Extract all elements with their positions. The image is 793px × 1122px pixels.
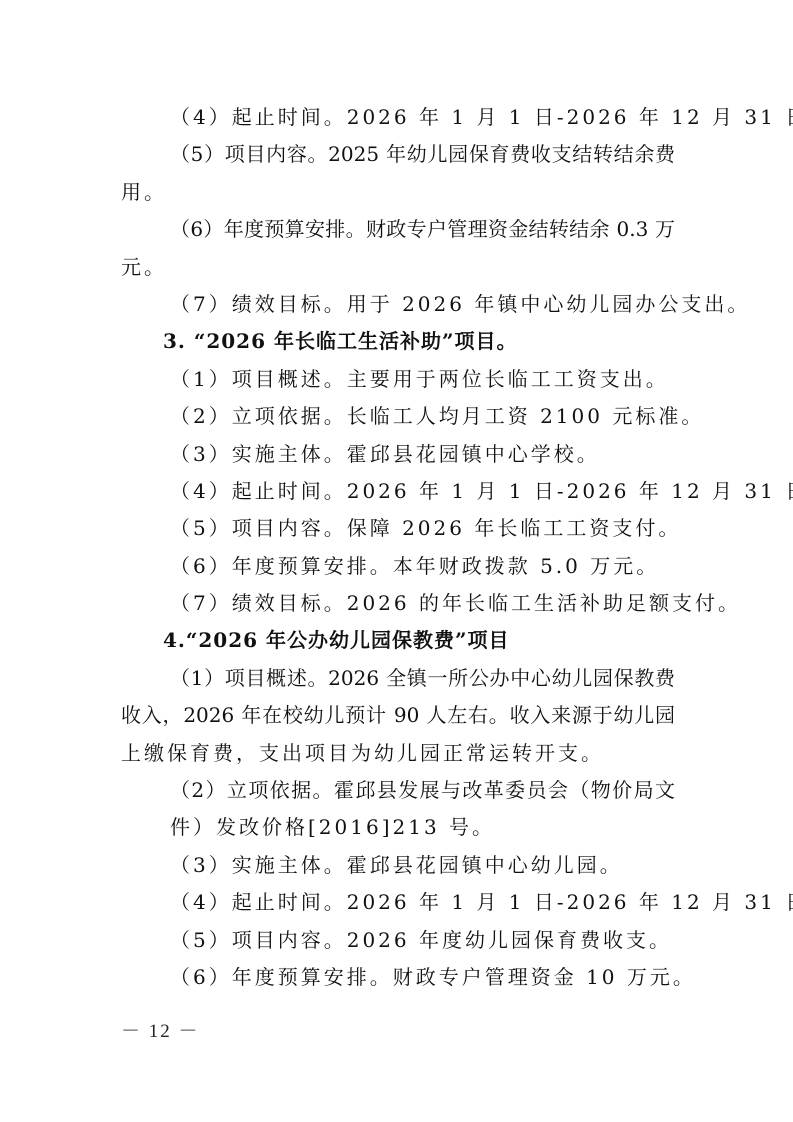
item-line: （4）起止时间。2026 年 1 月 1 日-2026 年 12 月 31 日。 — [121, 473, 675, 510]
document-page: （4）起止时间。2026 年 1 月 1 日-2026 年 12 月 31 日。… — [121, 99, 675, 996]
item-line: （5）项目内容。2026 年度幼儿园保育费收支。 — [121, 922, 675, 959]
continuation-line: 件）发改价格[2016]213 号。 — [121, 809, 675, 846]
item-line: （2）立项依据。长临工人均月工资 2100 元标准。 — [121, 398, 675, 435]
continuation-line: 收入，2026 年在校幼儿预计 90 人左右。收入来源于幼儿园 — [121, 697, 675, 734]
item-line: （4）起止时间。2026 年 1 月 1 日-2026 年 12 月 31 日。 — [121, 99, 675, 136]
item-line: （5）项目内容。2025 年幼儿园保育费收支结转结余费 — [121, 136, 675, 173]
item-line: （7）绩效目标。2026 的年长临工生活补助足额支付。 — [121, 585, 675, 622]
item-line: （1）项目概述。主要用于两位长临工工资支出。 — [121, 361, 675, 398]
continuation-line: 元。 — [121, 249, 675, 286]
item-line: （3）实施主体。霍邱县花园镇中心幼儿园。 — [121, 847, 675, 884]
item-line: （6）年度预算安排。财政专户管理资金 10 万元。 — [121, 959, 675, 996]
item-line: （5）项目内容。保障 2026 年长临工工资支付。 — [121, 510, 675, 547]
item-line: （6）年度预算安排。本年财政拨款 5.0 万元。 — [121, 548, 675, 585]
page-number: － 12 － — [121, 1016, 200, 1043]
item-line: （6）年度预算安排。财政专户管理资金结转结余 0.3 万 — [121, 211, 675, 248]
continuation-line: 上缴保育费，支出项目为幼儿园正常运转开支。 — [121, 735, 675, 772]
item-line: （7）绩效目标。用于 2026 年镇中心幼儿园办公支出。 — [121, 286, 675, 323]
section-heading-4: 4.“2026 年公办幼儿园保教费”项目 — [121, 622, 675, 659]
item-line: （2）立项依据。霍邱县发展与改革委员会（物价局文 — [121, 772, 675, 809]
item-line: （1）项目概述。2026 全镇一所公办中心幼儿园保教费 — [121, 660, 675, 697]
continuation-line: 用。 — [121, 174, 675, 211]
item-line: （4）起止时间。2026 年 1 月 1 日-2026 年 12 月 31 日。 — [121, 884, 675, 921]
item-line: （3）实施主体。霍邱县花园镇中心学校。 — [121, 436, 675, 473]
section-heading-3: 3. “2026 年长临工生活补助”项目。 — [121, 323, 675, 360]
